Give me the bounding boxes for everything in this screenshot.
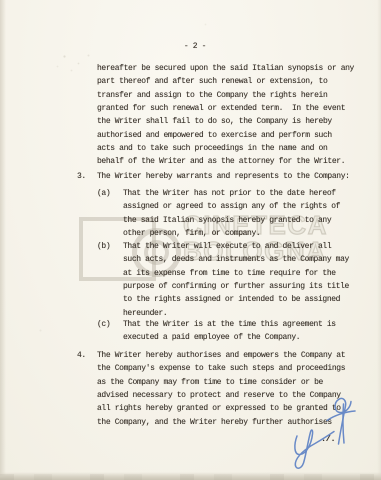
subclause-a-label: (a) xyxy=(97,187,110,200)
subclause-a-text: That the Writer has not prior to the dat… xyxy=(123,187,340,240)
page-number: - 2 - xyxy=(0,40,381,53)
scanned-contract-page: CINETECA BOLOGNA - 2 - hereafter be secu… xyxy=(0,0,381,480)
subclause-b-text: That the Writer will execute to and deli… xyxy=(123,240,349,320)
subclause-c-label: (c) xyxy=(97,318,110,331)
continuation-mark: ./. xyxy=(321,433,335,446)
paragraph-continuation: hereafter be secured upon the said Itali… xyxy=(97,62,354,169)
subclause-c-text: That the Writer is at the time this agre… xyxy=(123,318,336,345)
clause-4-number: 4. xyxy=(77,349,86,362)
clause-3-number: 3. xyxy=(77,170,86,183)
clause-4-text: The Writer hereby authorises and empower… xyxy=(97,349,345,429)
subclause-b-label: (b) xyxy=(97,240,110,253)
clause-3-text: The Writer hereby warrants and represent… xyxy=(97,170,350,183)
